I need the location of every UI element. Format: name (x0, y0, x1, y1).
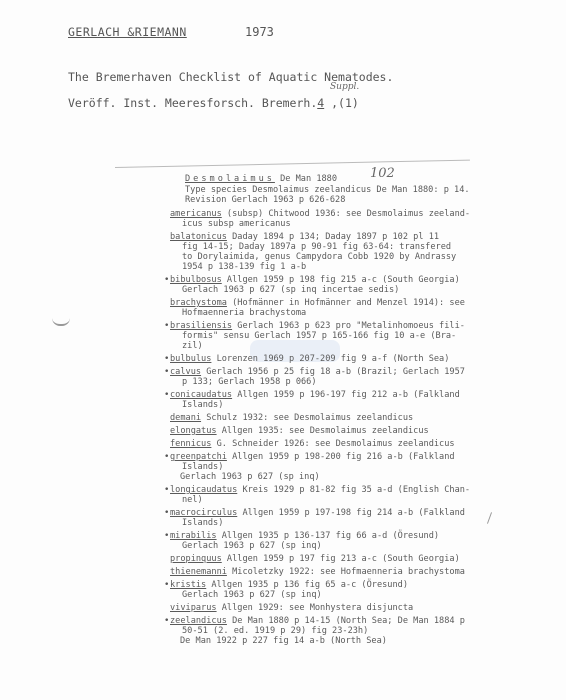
species-reference-continued: Gerlach 1963 p 627 (sp inq) (170, 541, 530, 551)
species-entry: •macrocirculus Allgen 1959 p 197-198 fig… (170, 508, 530, 528)
margin-mark (52, 318, 70, 326)
species-entry: •bibulbosus Allgen 1959 p 198 fig 215 a-… (170, 275, 530, 295)
species-reference-continued: p 133; Gerlach 1958 p 066) (170, 377, 530, 387)
species-line: elongatus Allgen 1935: see Desmolaimus z… (170, 426, 530, 436)
species-reference: Allgen 1959 p 198-200 fig 216 a-b (Falkl… (227, 452, 455, 462)
species-name: balatonicus (170, 232, 227, 242)
species-reference-continued: zil) (170, 341, 530, 351)
species-entry: brachystoma (Hofmänner in Hofmänner and … (170, 298, 530, 318)
species-reference-continued: Hofmaenneria brachystoma (170, 308, 530, 318)
species-name: propinquus (170, 554, 222, 564)
revision-line: Revision Gerlach 1963 p 626-628 (185, 195, 530, 205)
species-reference: Allgen 1959 p 198 fig 215 a-c (South Geo… (222, 275, 460, 285)
species-name: macrocirculus (170, 508, 237, 518)
species-reference-continued: formis" sensu Gerlach 1957 p 165-166 fig… (170, 331, 530, 341)
species-entry: •kristis Allgen 1935 p 136 fig 65 a-c (Ö… (170, 580, 530, 600)
species-reference-continued: 50-51 (2. ed. 1919 p 29) fig 23-23h) (170, 626, 530, 636)
species-reference: Allgen 1935: see Desmolaimus zeelandicus (217, 426, 429, 436)
species-line: calvus Gerlach 1956 p 25 fig 18 a-b (Bra… (170, 367, 530, 377)
marker-dot-icon: • (164, 452, 169, 462)
marker-dot-icon: • (164, 390, 169, 400)
species-name: brachystoma (170, 298, 227, 308)
species-line: brachystoma (Hofmänner in Hofmänner and … (170, 298, 530, 308)
species-name: bulbulus (170, 354, 211, 364)
species-line: brasiliensis Gerlach 1963 p 623 pro "Met… (170, 321, 530, 331)
species-name: demani (170, 413, 201, 423)
journal-name: Veröff. Inst. Meeresforsch. Bremerh. (68, 96, 317, 110)
species-line: conicaudatus Allgen 1959 p 196-197 fig 2… (170, 390, 530, 400)
species-entry: •mirabilis Allgen 1935 p 136-137 fig 66 … (170, 531, 530, 551)
marker-dot-icon: • (164, 485, 169, 495)
species-reference-continued: Islands) (170, 462, 530, 472)
species-reference: Allgen 1935 p 136 fig 65 a-c (Öresund) (206, 580, 408, 590)
species-reference: Daday 1894 p 134; Daday 1897 p 102 pl 11 (227, 232, 439, 242)
species-reference: G. Schneider 1926: see Desmolaimus zeela… (211, 439, 454, 449)
species-reference: Allgen 1929: see Monhystera disjuncta (217, 603, 414, 613)
species-line: thienemanni Micoletzky 1922: see Hofmaen… (170, 567, 530, 577)
handwritten-suppl-note: Suppl. (330, 82, 359, 92)
scanned-page: GERLACH &RIEMANN 1973 The Bremerhaven Ch… (0, 0, 566, 700)
species-entry: •brasiliensis Gerlach 1963 p 623 pro "Me… (170, 321, 530, 351)
species-reference: Allgen 1959 p 196-197 fig 212 a-b (Falkl… (232, 390, 460, 400)
marker-dot-icon: • (164, 508, 169, 518)
species-reference: Gerlach 1956 p 25 fig 18 a-b (Brazil; Ge… (201, 367, 465, 377)
genus-name: Desmolaimus (185, 174, 275, 184)
marker-dot-icon: • (164, 616, 169, 626)
species-name: calvus (170, 367, 201, 377)
species-line: bulbulus Lorenzen 1969 p 207-209 fig 9 a… (170, 354, 530, 364)
species-reference: Gerlach 1963 p 623 pro "Metalinhomoeus f… (232, 321, 465, 331)
marker-dot-icon: • (164, 354, 169, 364)
species-list: americanus (subsp) Chitwood 1936: see De… (170, 209, 530, 646)
species-line: demani Schulz 1932: see Desmolaimus zeel… (170, 413, 530, 423)
species-entry: •zeelandicus De Man 1880 p 14-15 (North … (170, 616, 530, 646)
species-reference-continued: Gerlach 1963 p 627 (sp inq incertae sedi… (170, 285, 530, 295)
marker-dot-icon: • (164, 367, 169, 377)
species-line: propinquus Allgen 1959 p 197 fig 213 a-c… (170, 554, 530, 564)
species-reference-continued: to Dorylaimida, genus Campydora Cobb 192… (170, 252, 530, 262)
species-name: greenpatchi (170, 452, 227, 462)
species-line: mirabilis Allgen 1935 p 136-137 fig 66 a… (170, 531, 530, 541)
species-line: longicaudatus Kreis 1929 p 81-82 fig 35 … (170, 485, 530, 495)
species-reference-continued: fig 14-15; Daday 1897a p 90-91 fig 63-64… (170, 242, 530, 252)
species-entry: viviparus Allgen 1929: see Monhystera di… (170, 603, 530, 613)
type-species-line: Type species Desmolaimus zeelandicus De … (185, 185, 530, 195)
species-name: mirabilis (170, 531, 217, 541)
species-entry: demani Schulz 1932: see Desmolaimus zeel… (170, 413, 530, 423)
species-name: conicaudatus (170, 390, 232, 400)
marker-dot-icon: • (164, 275, 169, 285)
species-entry: propinquus Allgen 1959 p 197 fig 213 a-c… (170, 554, 530, 564)
species-line: balatonicus Daday 1894 p 134; Daday 1897… (170, 232, 530, 242)
species-reference: De Man 1880 p 14-15 (North Sea; De Man 1… (227, 616, 465, 626)
species-name: longicaudatus (170, 485, 237, 495)
species-name: viviparus (170, 603, 217, 613)
species-additional-reference: De Man 1922 p 227 fig 14 a-b (North Sea) (170, 636, 530, 646)
species-entry: •calvus Gerlach 1956 p 25 fig 18 a-b (Br… (170, 367, 530, 387)
species-line: fennicus G. Schneider 1926: see Desmolai… (170, 439, 530, 449)
species-line: americanus (subsp) Chitwood 1936: see De… (170, 209, 530, 219)
species-additional-reference: Gerlach 1963 p 627 (sp inq) (170, 472, 530, 482)
species-name: brasiliensis (170, 321, 232, 331)
species-entry: •greenpatchi Allgen 1959 p 198-200 fig 2… (170, 452, 530, 482)
species-reference-continued: nel) (170, 495, 530, 505)
species-entry: balatonicus Daday 1894 p 134; Daday 1897… (170, 232, 530, 272)
species-entry: fennicus G. Schneider 1926: see Desmolai… (170, 439, 530, 449)
species-reference: (Hofmänner in Hofmänner and Menzel 1914)… (227, 298, 465, 308)
species-reference: Allgen 1959 p 197 fig 213 a-c (South Geo… (222, 554, 460, 564)
species-reference-continued: Islands) (170, 518, 530, 528)
species-line: macrocirculus Allgen 1959 p 197-198 fig … (170, 508, 530, 518)
header-author: GERLACH &RIEMANN (68, 25, 187, 39)
checklist-card: Desmolaimus De Man 1880 Type species Des… (170, 174, 530, 649)
journal-citation: Veröff. Inst. Meeresforsch. Bremerh.4 ,(… (68, 96, 359, 110)
species-reference: (subsp) Chitwood 1936: see Desmolaimus z… (222, 209, 470, 219)
marker-dot-icon: • (164, 531, 169, 541)
card-divider-line (115, 160, 470, 168)
species-reference-continued: Islands) (170, 400, 530, 410)
species-entry: thienemanni Micoletzky 1922: see Hofmaen… (170, 567, 530, 577)
species-name: bibulbosus (170, 275, 222, 285)
species-reference-continued: Gerlach 1963 p 627 (sp inq) (170, 590, 530, 600)
species-reference: Schulz 1932: see Desmolaimus zeelandicus (201, 413, 413, 423)
species-line: viviparus Allgen 1929: see Monhystera di… (170, 603, 530, 613)
species-name: zeelandicus (170, 616, 227, 626)
species-line: kristis Allgen 1935 p 136 fig 65 a-c (Ör… (170, 580, 530, 590)
genus-author: De Man 1880 (280, 174, 337, 184)
species-reference-continued: 1954 p 138-139 fig 1 a-b (170, 262, 530, 272)
species-reference: Micoletzky 1922: see Hofmaenneria brachy… (227, 567, 465, 577)
species-reference: Lorenzen 1969 p 207-209 fig 9 a-f (North… (211, 354, 449, 364)
type-species-block: Type species Desmolaimus zeelandicus De … (185, 185, 530, 205)
species-entry: •conicaudatus Allgen 1959 p 196-197 fig … (170, 390, 530, 410)
species-name: elongatus (170, 426, 217, 436)
marker-dot-icon: • (164, 321, 169, 331)
species-entry: •longicaudatus Kreis 1929 p 81-82 fig 35… (170, 485, 530, 505)
species-line: bibulbosus Allgen 1959 p 198 fig 215 a-c… (170, 275, 530, 285)
species-reference-continued: icus subsp americanus (170, 219, 530, 229)
species-entry: elongatus Allgen 1935: see Desmolaimus z… (170, 426, 530, 436)
species-reference: Allgen 1935 p 136-137 fig 66 a-d (Öresun… (217, 531, 439, 541)
species-name: americanus (170, 209, 222, 219)
species-name: fennicus (170, 439, 211, 449)
species-name: thienemanni (170, 567, 227, 577)
species-reference: Kreis 1929 p 81-82 fig 35 a-d (English C… (237, 485, 470, 495)
header-year: 1973 (245, 25, 274, 39)
species-name: kristis (170, 580, 206, 590)
species-line: zeelandicus De Man 1880 p 14-15 (North S… (170, 616, 530, 626)
marker-dot-icon: • (164, 580, 169, 590)
species-reference: Allgen 1959 p 197-198 fig 214 a-b (Falkl… (237, 508, 465, 518)
species-line: greenpatchi Allgen 1959 p 198-200 fig 21… (170, 452, 530, 462)
species-entry: americanus (subsp) Chitwood 1936: see De… (170, 209, 530, 229)
species-entry: •bulbulus Lorenzen 1969 p 207-209 fig 9 … (170, 354, 530, 364)
genus-heading: Desmolaimus De Man 1880 (185, 174, 530, 184)
issue-number: ,(1) (324, 96, 359, 110)
